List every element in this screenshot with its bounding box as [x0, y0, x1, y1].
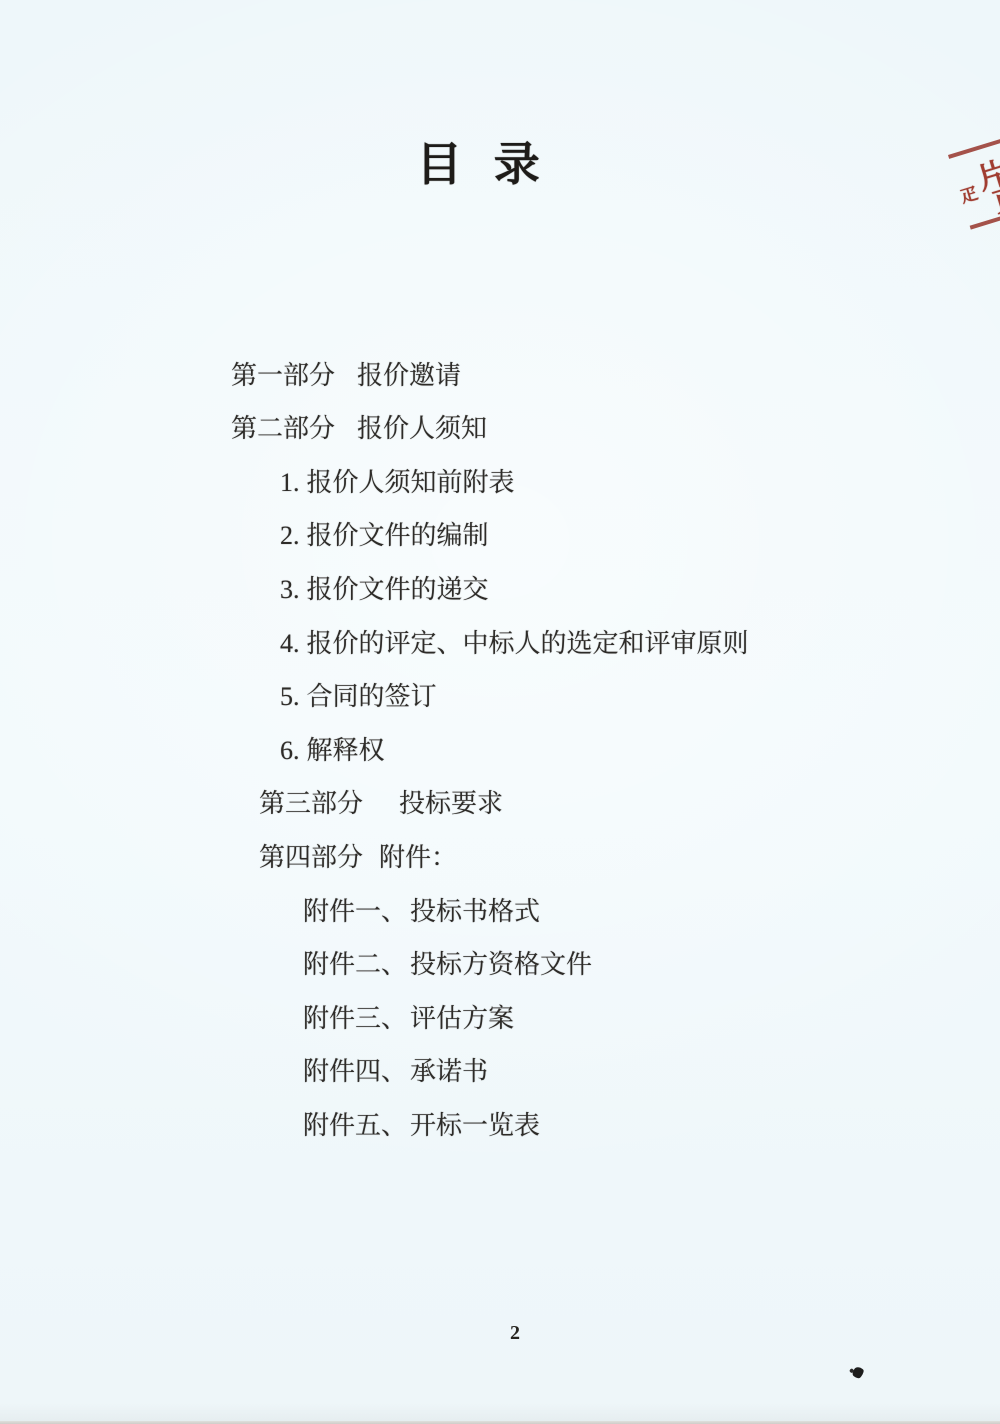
toc-entry-attachment-5: 附件五、开标一览表	[0, 1045, 1000, 1099]
toc-entry-label: 2.	[280, 509, 300, 563]
table-of-contents: 第一部分报价邀请 第二部分报价人须知 1.报价人须知前附表 2.报价文件的编制 …	[0, 295, 1000, 1099]
toc-entry-title: 附件：	[379, 831, 457, 885]
toc-entry-label: 1.	[280, 456, 300, 510]
toc-entry-part-2: 第二部分报价人须知	[0, 349, 1000, 403]
page-title: 目 录	[0, 107, 979, 194]
ink-speck	[851, 1365, 866, 1380]
toc-entry-title: 评估方案	[410, 992, 514, 1046]
toc-entry-title: 开标一览表	[410, 1099, 540, 1153]
toc-entry-label: 第四部分	[259, 831, 363, 885]
toc-entry-title: 合同的签订	[307, 670, 437, 724]
toc-entry-title: 报价人须知前附表	[307, 456, 515, 510]
toc-entry-part-1: 第一部分报价邀请	[0, 295, 1000, 349]
scan-edge-shadow	[0, 1403, 1000, 1421]
toc-entry-title: 承诺书	[410, 1045, 488, 1099]
toc-entry-title: 报价的评定、中标人的选定和评审原则	[307, 617, 749, 671]
stamp-character: 页	[988, 177, 1000, 220]
toc-entry-title: 投标方资格文件	[410, 938, 592, 992]
scanned-document-page: 目 录 片 疋 页 第一部分报价邀请 第二部分报价人须知 1.报价人须知前附表 …	[0, 0, 1000, 1424]
toc-entry-label: 3.	[280, 563, 300, 617]
toc-entry-label: 4.	[280, 617, 300, 671]
toc-entry-title: 投标要求	[399, 777, 503, 831]
toc-entry-label: 附件三、	[303, 992, 407, 1046]
toc-entry-label: 第三部分	[259, 777, 363, 831]
toc-entry-item-1: 1.报价人须知前附表	[0, 402, 1000, 456]
toc-entry-label: 6.	[280, 724, 300, 778]
toc-entry-title: 报价文件的编制	[307, 509, 489, 563]
toc-entry-item-3: 3.报价文件的递交	[0, 509, 1000, 563]
toc-entry-item-4: 4.报价的评定、中标人的选定和评审原则	[0, 563, 1000, 617]
toc-entry-title: 解释权	[307, 724, 385, 778]
page-number: 2	[0, 1322, 1000, 1345]
toc-entry-title: 报价邀请	[357, 349, 461, 403]
toc-entry-label: 5.	[280, 670, 300, 724]
toc-entry-item-6: 6.解释权	[0, 670, 1000, 724]
toc-entry-label: 第一部分	[231, 349, 335, 403]
toc-entry-title: 投标书格式	[410, 885, 540, 939]
toc-entry-part-3: 第三部分投标要求	[0, 724, 1000, 778]
toc-entry-label: 附件四、	[303, 1045, 407, 1099]
toc-entry-label: 附件一、	[303, 885, 407, 939]
toc-entry-label: 附件二、	[303, 938, 407, 992]
stamp-character: 疋	[957, 179, 981, 208]
toc-entry-label: 第二部分	[231, 402, 335, 456]
toc-entry-title: 报价人须知	[357, 402, 487, 456]
toc-entry-attachment-1: 附件一、投标书格式	[0, 831, 1000, 885]
toc-entry-label: 附件五、	[303, 1099, 407, 1153]
toc-entry-title: 报价文件的递交	[307, 563, 489, 617]
